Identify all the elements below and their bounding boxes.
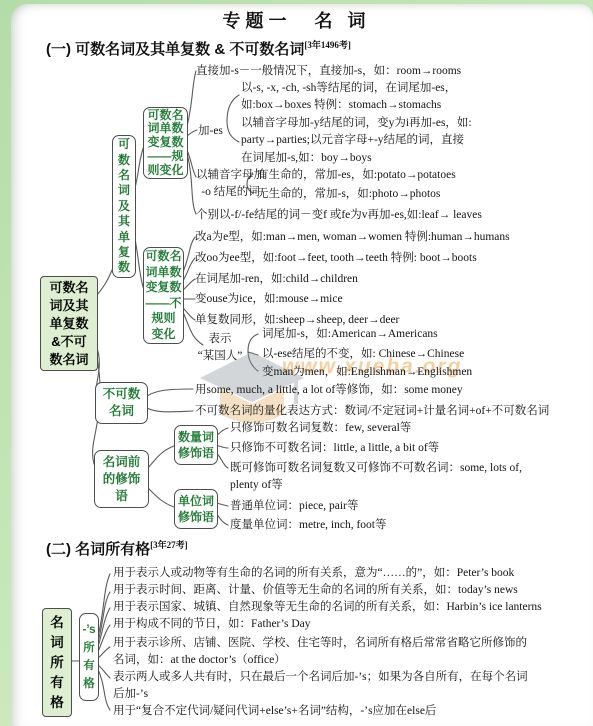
node-root-countable-uncountable: 可数名 词及其 单复数 &不可 数名词 <box>40 276 98 371</box>
node-irregular-plural: 可数名 词单数 变复数 ——不 规则 变化 <box>143 247 184 344</box>
leaf-unit-measure: 度量单位词：metre, inch, foot等 <box>230 518 387 532</box>
section2-heading: (二) 名词所有格[3年27考] <box>46 538 188 559</box>
leaf-nationality-man-men: 变man为men，如:Englishman→Englishmen <box>262 365 472 379</box>
page-title: 专题一 名 词 <box>0 7 593 33</box>
leaf-unit-common: 普通单位词：piece, pair等 <box>230 499 358 513</box>
section1-heading: (一) 可数名词及其单复数 & 不可数名词[3年1496考] <box>46 38 351 59</box>
leaf-a-to-e: 改a为e型，如:man→men, woman→women 特例:human→hu… <box>195 230 510 244</box>
leaf-nationality-ese: 以-ese结尾的不变，如: Chinese→Chinese <box>262 347 464 361</box>
leaf-f-fe-ending: 个别以-f/-fe结尾的词－变f 或fe为v再加-es,如:leaf→ leav… <box>196 208 482 222</box>
leaf-add-ren: 在词尾加-ren，如:child→children <box>195 272 358 286</box>
leaf-possessive-else: 用于“复合不定代词/疑问代词+else’s+名词”结构，-’s应加在else后 <box>113 704 436 718</box>
section2-exam-count: [3年27考] <box>150 540 188 550</box>
node-uncountable-nouns: 不可数 名词 <box>95 382 148 424</box>
leaf-add-es-rule1-line2: 如:box→boxes 特例：stomach→stomachs <box>241 98 441 112</box>
node-noun-possessive-root: 名 词 所 有 格 <box>42 608 72 717</box>
leaf-quantifier-both-line2: plenty of等 <box>230 478 283 492</box>
leaf-uncountable-quantify: 不可数名词的量化表达方式：数词/不定冠词+计量名词+of+不可数名词 <box>195 404 549 418</box>
node-countable-nouns: 可 数 名 词 及 其 单 复 数 <box>112 135 136 278</box>
leaf-possessive-place-line2: 名词，如：at the doctor’s（office） <box>113 653 286 667</box>
leaf-add-es-rule1-line1: 以-s, -x, -ch, -sh等结尾的词，在词尾加-es， <box>241 81 456 95</box>
leaf-same-form: 单复数同形，如:sheep→sheep, deer→deer <box>195 313 399 327</box>
leaf-oo-to-ee: 改oo为ee型，如:foot→feet, tooth→teeth 特例: boo… <box>195 251 477 265</box>
leaf-possessive-time: 用于表示时间、距离、计量、价值等无生命的名词的所有关系，如：today’s ne… <box>113 583 518 597</box>
leaf-possessive-place-line1: 用于表示诊所、店铺、医院、学校、住宅等时，名词所有格后常常省略它所修饰的 <box>113 636 527 650</box>
node-apostrophe-s-possessive: -’s 所 有 格 <box>79 613 99 701</box>
leaf-quantifier-countable-only: 只修饰可数名词复数：few, several等 <box>230 421 411 435</box>
label-consonant-o-ending: 以辅音字母加 -o 结尾的词 <box>196 167 265 201</box>
leaf-uncountable-modifiers: 用some, much, a little, a lot of等修饰，如：som… <box>195 383 463 397</box>
section1-exam-count: [3年1496考] <box>304 40 351 50</box>
leaf-add-es-rule2-line3: 在词尾加-s,如：boy→boys <box>241 151 372 165</box>
leaf-possessive-joint-line2: 后加-’s <box>113 687 148 701</box>
label-add-es: 加-es <box>198 124 223 138</box>
node-unit-word-modifiers: 单位词 修饰语 <box>174 489 218 529</box>
section1-heading-text: (一) 可数名词及其单复数 & 不可数名词 <box>46 41 304 58</box>
leaf-direct-add-s: 直接加-s－一般情况下，直接加-s，如：room→rooms <box>196 64 461 78</box>
leaf-possessive-joint-line1: 表示两人或多人共有时，只在最后一个名词后加-’s；如果为各自所有，在每个名词 <box>113 670 528 684</box>
label-nationality: 表示 “某国人” <box>191 331 249 365</box>
leaf-possessive-country: 用于表示国家、城镇、自然现象等无生命的名词的所有关系，如：Harbin’s ic… <box>113 600 542 614</box>
leaf-o-nonliving: 无生命的，常加-s，如:photo→photos <box>257 187 440 201</box>
leaf-quantifier-both-line1: 既可修饰可数名词复数又可修饰不可数名词：some, lots of, <box>230 461 522 475</box>
leaf-nationality-add-s: 词尾加-s，如:American→Americans <box>262 327 438 341</box>
leaf-add-es-rule2-line1: 以辅音字母加-y结尾的词，变y为i再加-es，如: <box>241 116 472 130</box>
leaf-add-es-rule2-line2: party→parties;以元音字母+-y结尾的词，直接 <box>241 133 464 147</box>
node-regular-plural: 可数名 词单数 变复数 ——规 则变化 <box>143 107 188 179</box>
node-pre-noun-modifiers: 名词前 的修饰 语 <box>94 450 149 508</box>
leaf-quantifier-uncountable-only: 只修饰不可数名词：little, a little, a bit of等 <box>230 441 439 455</box>
node-quantifier-modifiers: 数量词 修饰语 <box>174 425 218 465</box>
leaf-ouse-to-ice: 变ouse为ice，如:mouse→mice <box>195 292 343 306</box>
leaf-o-living: 有生命的，常加-es，如:potato→potatoes <box>257 168 456 182</box>
section2-heading-text: (二) 名词所有格 <box>46 541 150 558</box>
leaf-possessive-living: 用于表示人或动物等有生命的名词的所有关系，意为“……的”，如：Peter’s b… <box>113 566 514 580</box>
leaf-possessive-festival: 用于构成不同的节日，如：Father’s Day <box>113 617 311 631</box>
